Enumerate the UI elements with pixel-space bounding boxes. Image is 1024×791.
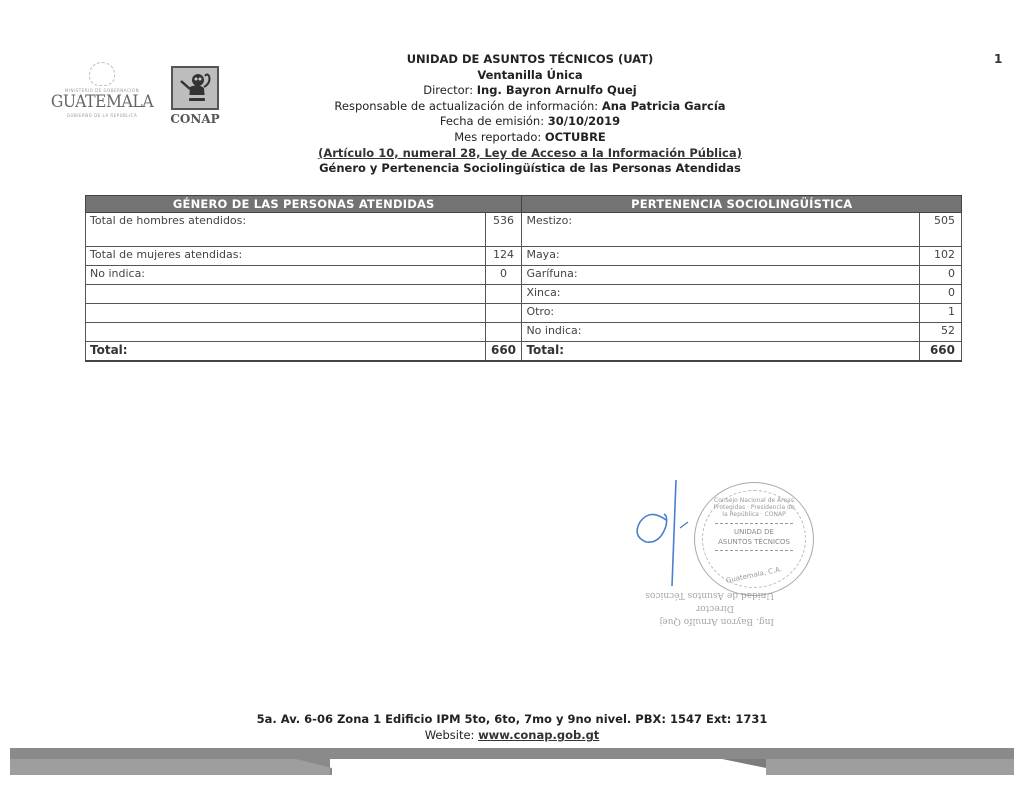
signature-icon bbox=[620, 478, 700, 588]
responsible-name: Ana Patricia García bbox=[602, 99, 726, 113]
month-line: Mes reportado: OCTUBRE bbox=[250, 130, 810, 146]
unit-title: UNIDAD DE ASUNTOS TÉCNICOS (UAT) bbox=[250, 52, 810, 68]
socio-total-label: Total: bbox=[522, 342, 920, 362]
stamp-inner-line2: ASUNTOS TÉCNICOS bbox=[715, 537, 793, 547]
gender-label-cell bbox=[86, 304, 486, 323]
guatemala-logo: MINISTERIO DE GOBERNACIÓN GUATEMALA GOBI… bbox=[46, 62, 158, 132]
attendance-table: GÉNERO DE LAS PERSONAS ATENDIDAS PERTENE… bbox=[85, 195, 962, 362]
reported-month: OCTUBRE bbox=[545, 130, 606, 144]
coat-of-arms-icon bbox=[89, 62, 115, 86]
law-reference: (Artículo 10, numeral 28, Ley de Acceso … bbox=[250, 146, 810, 162]
gender-table-title: GÉNERO DE LAS PERSONAS ATENDIDAS bbox=[86, 196, 522, 213]
table-row: Otro:1 bbox=[86, 304, 962, 323]
official-stamp: Consejo Nacional de Áreas Protegidas · P… bbox=[694, 482, 814, 596]
bleed-line3: Unidad de Asuntos Técnicos bbox=[594, 588, 774, 601]
gender-value-cell: 536 bbox=[485, 213, 522, 247]
gender-label-cell bbox=[86, 285, 486, 304]
director-line: Director: Ing. Bayron Arnulfo Quej bbox=[250, 83, 810, 99]
gender-value-cell: 0 bbox=[485, 266, 522, 285]
conap-logo: CONAP bbox=[164, 66, 226, 128]
director-label: Director: bbox=[423, 83, 473, 97]
table-row: Total de hombres atendidos:536Mestizo:50… bbox=[86, 213, 962, 247]
footer-decorative-bar bbox=[10, 748, 1014, 776]
issue-date-line: Fecha de emisión: 30/10/2019 bbox=[250, 114, 810, 130]
socio-value-cell: 52 bbox=[919, 323, 961, 342]
logo-wordmark: GUATEMALA bbox=[50, 93, 153, 111]
socio-table-title: PERTENENCIA SOCIOLINGÜÍSTICA bbox=[522, 196, 962, 213]
table-row: Total de mujeres atendidas:124Maya:102 bbox=[86, 247, 962, 266]
table-row: No indica:52 bbox=[86, 323, 962, 342]
stamp-top-text: Consejo Nacional de Áreas Protegidas · P… bbox=[713, 497, 795, 518]
table-row: No indica:0Garífuna:0 bbox=[86, 266, 962, 285]
socio-total-value: 660 bbox=[919, 342, 961, 362]
gender-label-cell: Total de mujeres atendidas: bbox=[86, 247, 486, 266]
table-row: Xinca:0 bbox=[86, 285, 962, 304]
director-name: Ing. Bayron Arnulfo Quej bbox=[477, 83, 637, 97]
page-number: 1 bbox=[994, 52, 1002, 66]
gender-label-cell: No indica: bbox=[86, 266, 486, 285]
signature-block-bleedthrough: Ing. Bayron Arnulfo Quej Director Unidad… bbox=[594, 588, 774, 627]
document-header: UNIDAD DE ASUNTOS TÉCNICOS (UAT) Ventani… bbox=[250, 52, 810, 177]
document-footer: 5a. Av. 6-06 Zona 1 Edificio IPM 5to, 6t… bbox=[200, 711, 824, 743]
gender-value-cell bbox=[485, 285, 522, 304]
responsible-line: Responsable de actualización de informac… bbox=[250, 99, 810, 115]
subunit-title: Ventanilla Única bbox=[250, 68, 810, 84]
socio-value-cell: 102 bbox=[919, 247, 961, 266]
monkey-icon bbox=[171, 66, 219, 110]
conap-wordmark: CONAP bbox=[164, 112, 226, 126]
total-row: Total:660Total:660 bbox=[86, 342, 962, 362]
socio-label-cell: No indica: bbox=[522, 323, 920, 342]
gender-value-cell bbox=[485, 323, 522, 342]
footer-address: 5a. Av. 6-06 Zona 1 Edificio IPM 5to, 6t… bbox=[200, 711, 824, 727]
issue-date: 30/10/2019 bbox=[548, 114, 620, 128]
footer-website-line: Website: www.conap.gob.gt bbox=[200, 727, 824, 743]
gender-total-value: 660 bbox=[485, 342, 522, 362]
bleed-line2: Director bbox=[594, 601, 774, 614]
issue-date-label: Fecha de emisión: bbox=[440, 114, 544, 128]
website-link[interactable]: www.conap.gob.gt bbox=[478, 728, 599, 742]
stamp-inner-line1: UNIDAD DE bbox=[715, 527, 793, 537]
gender-value-cell bbox=[485, 304, 522, 323]
socio-label-cell: Garífuna: bbox=[522, 266, 920, 285]
logo-caption-bottom: GOBIERNO DE LA REPÚBLICA bbox=[46, 113, 158, 118]
gender-label-cell bbox=[86, 323, 486, 342]
gender-total-label: Total: bbox=[86, 342, 486, 362]
socio-label-cell: Otro: bbox=[522, 304, 920, 323]
socio-value-cell: 0 bbox=[919, 285, 961, 304]
report-title: Género y Pertenencia Sociolingüística de… bbox=[250, 161, 810, 177]
table-header-row: GÉNERO DE LAS PERSONAS ATENDIDAS PERTENE… bbox=[86, 196, 962, 213]
socio-label-cell: Maya: bbox=[522, 247, 920, 266]
socio-value-cell: 1 bbox=[919, 304, 961, 323]
socio-label-cell: Xinca: bbox=[522, 285, 920, 304]
socio-label-cell: Mestizo: bbox=[522, 213, 920, 247]
socio-value-cell: 505 bbox=[919, 213, 961, 247]
responsible-label: Responsable de actualización de informac… bbox=[334, 99, 598, 113]
socio-value-cell: 0 bbox=[919, 266, 961, 285]
gender-label-cell: Total de hombres atendidos: bbox=[86, 213, 486, 247]
gender-value-cell: 124 bbox=[485, 247, 522, 266]
stamp-inner: UNIDAD DE ASUNTOS TÉCNICOS bbox=[715, 523, 793, 551]
website-label: Website: bbox=[425, 728, 475, 742]
bleed-line1: Ing. Bayron Arnulfo Quej bbox=[594, 614, 774, 627]
month-label: Mes reportado: bbox=[454, 130, 541, 144]
